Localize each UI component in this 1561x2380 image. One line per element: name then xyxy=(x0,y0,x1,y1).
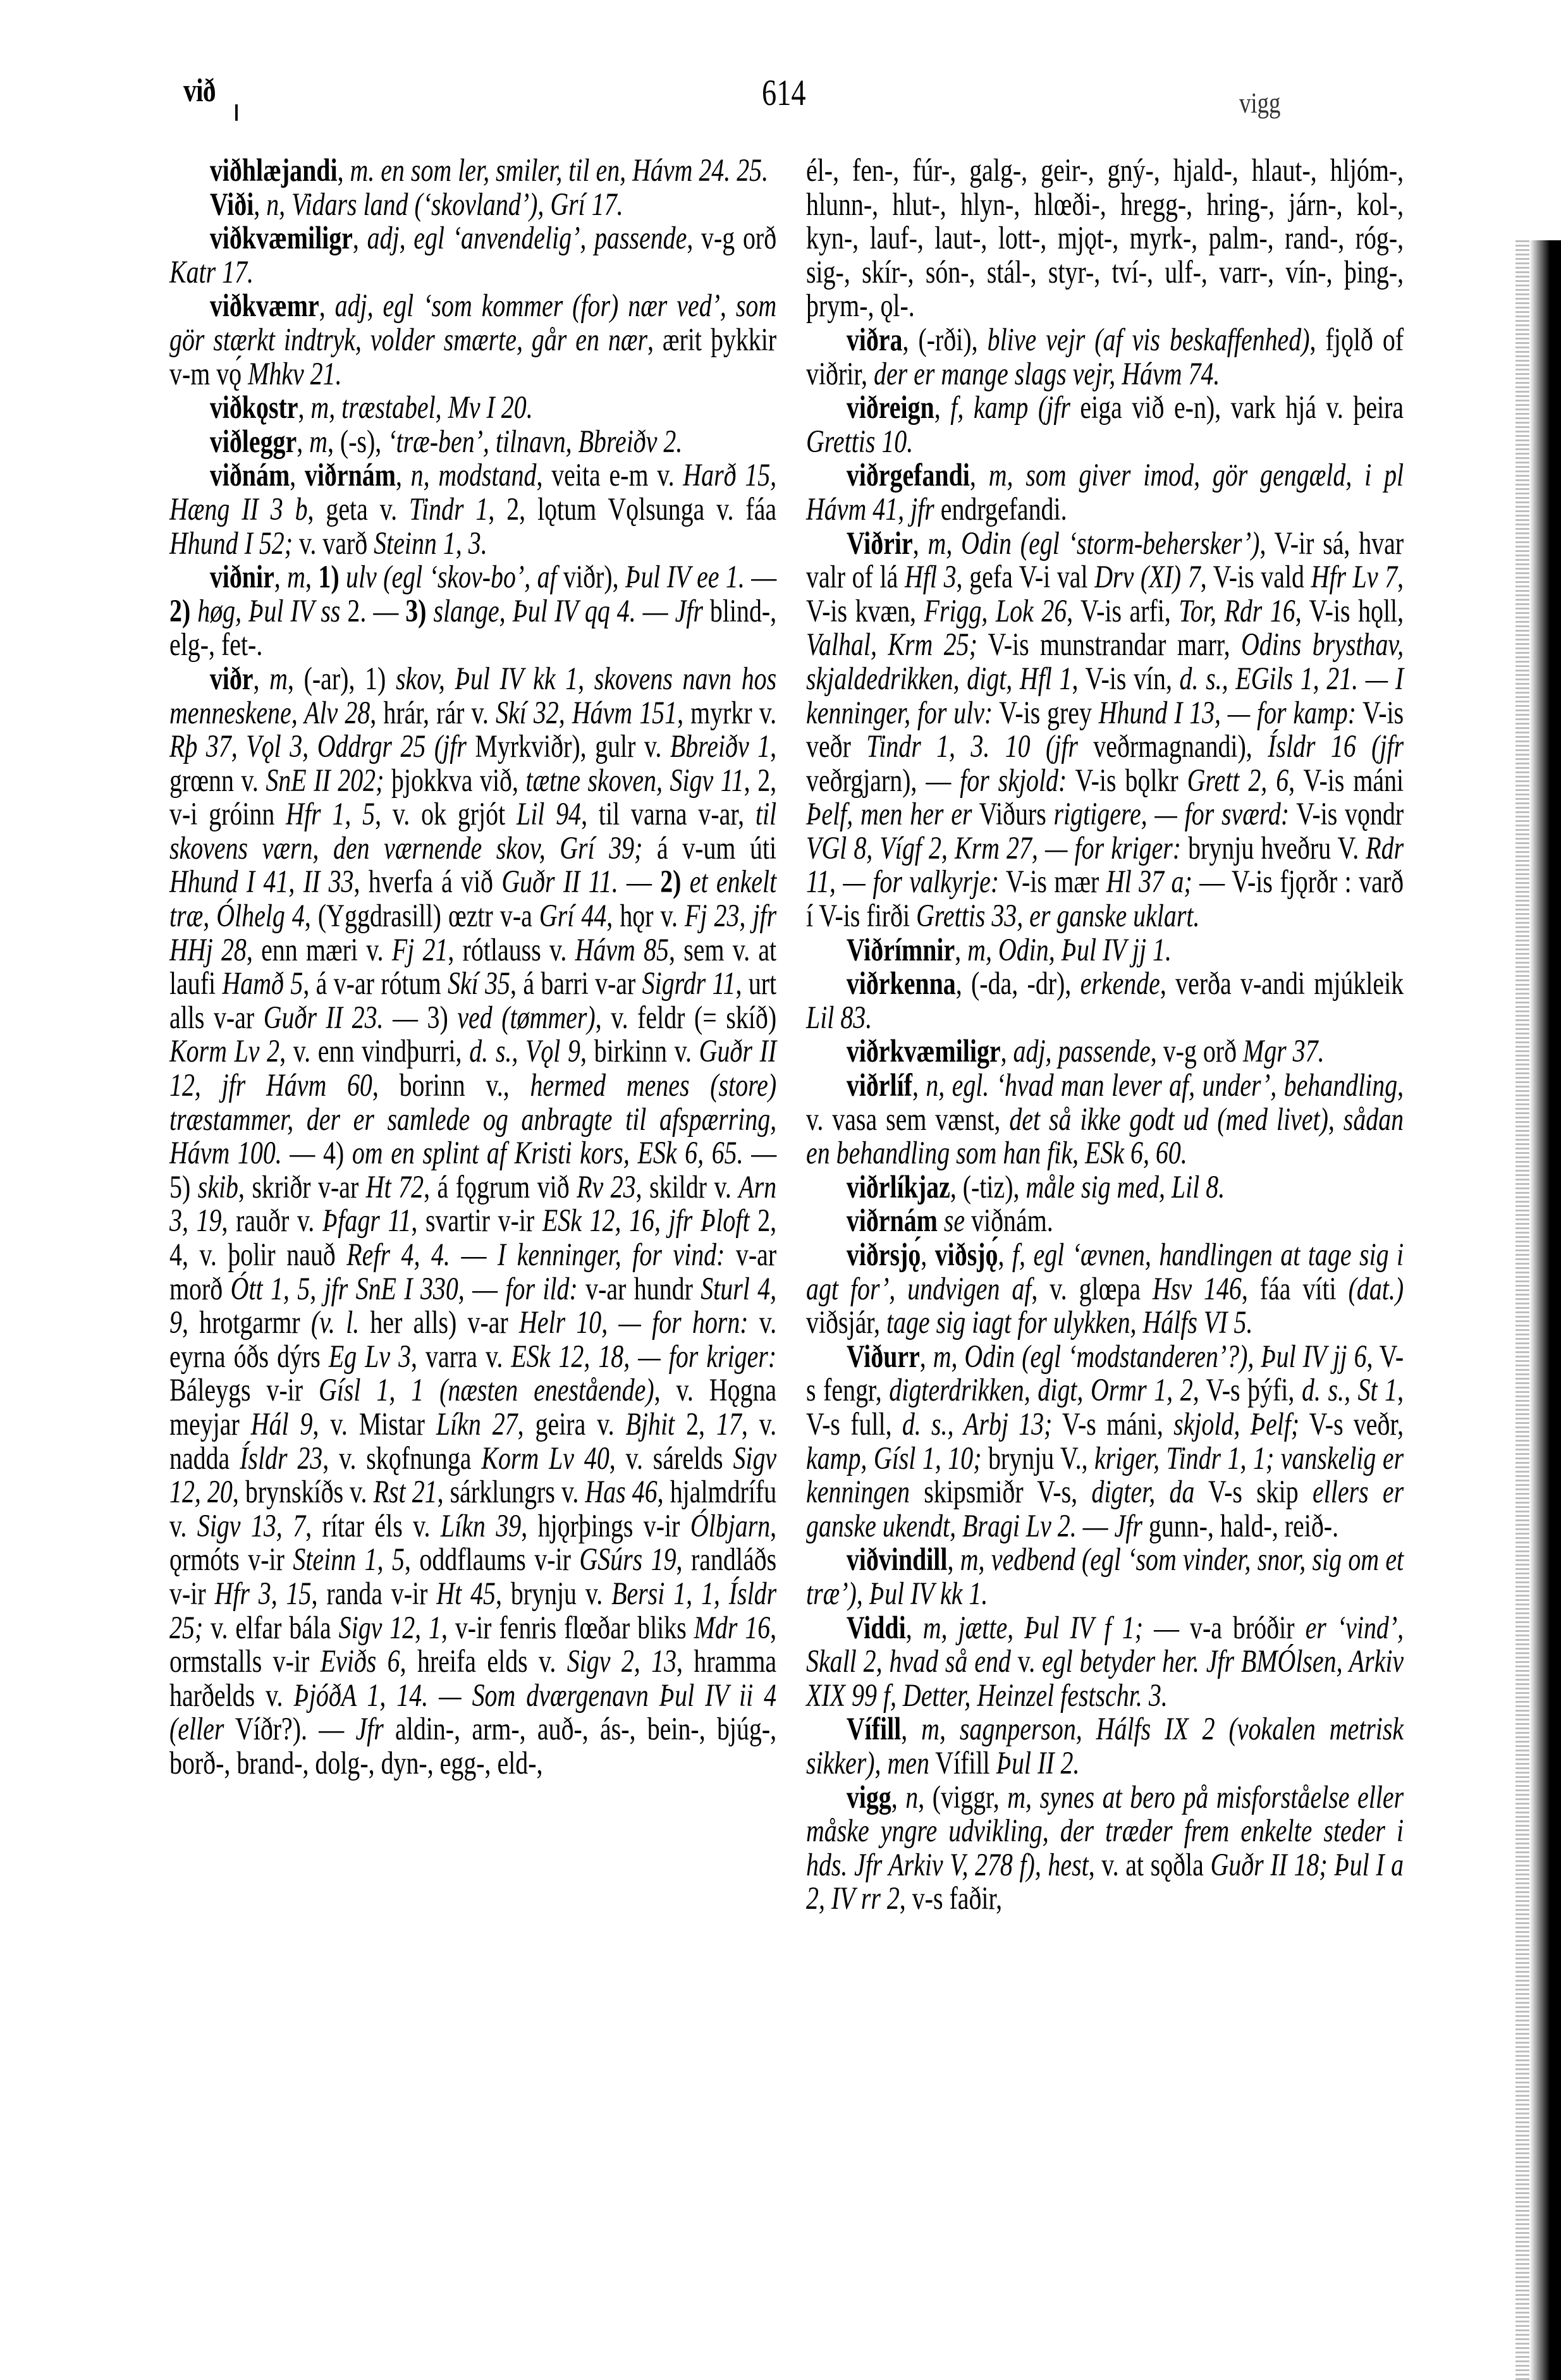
entry-text: þjokkva við, xyxy=(384,763,525,798)
gloss-italic: Gísl 1, 1 (næsten enestående) xyxy=(319,1372,654,1408)
dictionary-entry: viðrgefandi, m, som giver imod, gör geng… xyxy=(806,458,1404,526)
gloss-italic: Guðr II 11. xyxy=(501,864,618,899)
entry-text: , (-ar), 1) xyxy=(288,661,396,696)
gloss-italic: Korm Lv 40 xyxy=(481,1440,609,1476)
gloss-italic: Drv (XI) 7 xyxy=(1094,559,1200,594)
entry-text: , verða v-andi mjúkleik xyxy=(1160,966,1404,1001)
dictionary-entry: viðr, m, (-ar), 1) skov, Þul IV kk 1, sk… xyxy=(169,662,776,1781)
entry-text: V-is munstrandar marr, xyxy=(977,627,1241,662)
dictionary-entry: viðrkvæmiligr, adj, passende, v-g orð Mg… xyxy=(806,1034,1404,1069)
gloss-italic: Hl 37 a; xyxy=(1106,864,1192,899)
entry-text: — v-a bróðir xyxy=(1143,1610,1306,1645)
dictionary-entry: viðra, (-rði), blive vejr (af vis beskaf… xyxy=(806,323,1404,391)
entry-text: , geira v. xyxy=(518,1406,626,1442)
entry-text: él-, fen-, fúr-, galg-, geir-, gný-, hja… xyxy=(806,152,1404,323)
gloss-italic: Has 46 xyxy=(585,1474,657,1509)
entry-text: , xyxy=(970,457,989,493)
entry-text: , á barri v-ar xyxy=(510,966,642,1001)
gloss-italic: Rst 21 xyxy=(374,1474,438,1509)
gloss-italic: Hhund I 41, II 33 xyxy=(169,864,354,899)
entry-text: , xyxy=(998,1237,1012,1272)
gloss-italic: Mdr 16 xyxy=(694,1610,771,1645)
entry-text: , skildr v. xyxy=(636,1169,739,1205)
entry-text: , sárklungrs v. xyxy=(438,1474,585,1509)
gloss-italic: Grettis 10. xyxy=(806,424,913,459)
gloss-italic: slange, Þul IV qq 4. xyxy=(433,593,635,629)
gloss-italic: Sigv 2, 13 xyxy=(567,1643,676,1679)
headword: viðsjǫ́ xyxy=(935,1237,998,1272)
headword: viðrkenna xyxy=(847,966,956,1001)
gloss-italic: Sigv 12, 1 xyxy=(339,1610,441,1645)
gloss-italic: m xyxy=(269,661,288,696)
headword: viðnir xyxy=(210,559,274,594)
gloss-italic: Þelf, men her er xyxy=(806,796,972,831)
gloss-italic: m, træstabel, Mv I 20. xyxy=(310,390,532,425)
entry-text: , xyxy=(274,559,287,594)
headword: viðkvæmr xyxy=(210,288,319,323)
gloss-italic: Rþ 37, Vǫl 3, Oddrgr 25 (jfr xyxy=(169,728,467,764)
entry-text: , xyxy=(947,1542,960,1577)
gloss-italic: Þfagr 11 xyxy=(322,1203,411,1238)
gloss-italic: Lil 83. xyxy=(806,1000,872,1035)
entry-text: , á fǫgrum við xyxy=(424,1169,577,1205)
entry-text: , v-g orð xyxy=(687,220,776,255)
gloss-italic: m, Odin, Þul IV jj 1. xyxy=(967,932,1172,967)
entry-text: , v. at sǫðla xyxy=(1089,1847,1211,1882)
gloss-italic: d. s., Arbj 13; xyxy=(902,1406,1053,1442)
gloss-italic: Korm Lv 2 xyxy=(169,1033,279,1069)
gloss-italic: der er mange slags vejr, Hávm 74. xyxy=(874,356,1220,391)
dictionary-entry: viðrsjǫ́, viðsjǫ́, f, egl ‘ævnen, handli… xyxy=(806,1238,1404,1340)
gloss-italic: Ótt 1, 5, jfr SnE I 330, xyxy=(231,1271,465,1306)
entry-text: Myrkviðr), gulr v. xyxy=(467,728,670,764)
gloss-italic: Sigrdr 11 xyxy=(642,966,736,1001)
gloss-italic: for ild: xyxy=(505,1271,577,1306)
dictionary-entry: viðkǫstr, m, træstabel, Mv I 20. xyxy=(169,391,776,425)
entry-text: , brynju v. xyxy=(496,1576,611,1611)
entry-text: , xyxy=(920,1339,933,1374)
entry-text: , hverfa á við xyxy=(354,864,502,899)
dictionary-entry: Viðrímnir, m, Odin, Þul IV jj 1. xyxy=(806,933,1404,967)
entry-text: v-ar hundr xyxy=(578,1271,701,1306)
entry-text: , (-da, -dr), xyxy=(956,966,1080,1001)
entry-text: , v. enn vindþurri, xyxy=(279,1033,469,1069)
gloss-italic: Sigv 13, 7 xyxy=(197,1508,305,1543)
entry-text: V-s veðr, xyxy=(1299,1406,1404,1442)
entry-text: — xyxy=(745,559,776,594)
entry-text: , V-is máni xyxy=(1289,763,1404,798)
gloss-italic: Grí 44 xyxy=(539,898,606,933)
gloss-italic: Mhkv 21. xyxy=(248,356,341,391)
headword: Viðrir xyxy=(847,525,913,561)
headword: Viði xyxy=(210,187,254,222)
headword: vigg xyxy=(847,1779,891,1815)
gloss-italic: m xyxy=(287,559,305,594)
entry-text: V-is bǫlkr xyxy=(1067,763,1187,798)
entry-text: , (viggr, xyxy=(918,1779,1007,1815)
entry-text: , fáa víti xyxy=(1242,1271,1349,1306)
entry-text: viðr), xyxy=(557,559,625,594)
entry-text: , v. sárelds xyxy=(609,1440,733,1476)
entry-text: á v-um úti xyxy=(642,830,776,866)
entry-text: , xyxy=(955,932,967,967)
gloss-italic: Steinn 1, 5 xyxy=(293,1542,405,1577)
entry-text: Víðr?). — xyxy=(224,1711,355,1746)
headword: viðkvæmiligr xyxy=(210,220,353,255)
entry-text: , xyxy=(906,1610,923,1645)
gloss-italic: Hhund I 52; xyxy=(169,525,293,561)
gloss-italic: Helr 10, — for horn: xyxy=(519,1304,749,1340)
headword: viðra xyxy=(847,322,903,357)
dictionary-entry: él-, fen-, fúr-, galg-, geir-, gný-, hja… xyxy=(806,154,1404,323)
entry-text: , V-is hǫll, xyxy=(1295,593,1404,629)
gloss-italic: rigtigere, — for sværd: xyxy=(1054,796,1290,831)
gloss-italic: m, Odin (egl ‘storm-behersker’) xyxy=(928,525,1260,561)
entry-text: — xyxy=(450,1237,498,1272)
entry-text: endrgefandi. xyxy=(934,491,1067,527)
entry-text: , v. ok grjót xyxy=(375,796,517,831)
entry-text: , á v-ar rótum xyxy=(303,966,448,1001)
entry-text: , svartir v-ir xyxy=(411,1203,542,1238)
entry-text: eiga við e-n), vark hjá v. þeira xyxy=(1070,390,1404,425)
gloss-italic: Hfl 3 xyxy=(905,559,957,594)
entry-text: , xyxy=(934,390,951,425)
entry-text: , V-s þýfi, xyxy=(1193,1372,1302,1408)
headword: viðvindill xyxy=(847,1542,948,1577)
dictionary-entry: viðrlíf, n, egl. ‘hvad man lever af, und… xyxy=(806,1069,1404,1170)
entry-text: , gefa V-i val xyxy=(957,559,1095,594)
gloss-italic: Hál 9 xyxy=(251,1406,313,1442)
entry-text: , xyxy=(254,187,266,222)
entry-text: , V-is arfi, xyxy=(1067,593,1178,629)
gloss-italic: m, jætte, Þul IV f 1; xyxy=(923,1610,1143,1645)
gloss-italic: Ólbjarn xyxy=(690,1508,770,1543)
entry-text: , varra v. xyxy=(411,1339,511,1374)
entry-text: , xyxy=(901,1711,921,1746)
entry-text: , v-g orð xyxy=(1151,1033,1243,1069)
headword: Viðurr xyxy=(847,1339,920,1374)
gloss-italic: Grett 2, 6 xyxy=(1187,763,1289,798)
headword: viðleggr xyxy=(210,424,297,459)
entry-text: , xyxy=(290,457,305,493)
entry-text: 2. — xyxy=(340,593,405,629)
dictionary-entry: viðrkenna, (-da, -dr), erkende, verða v-… xyxy=(806,967,1404,1034)
gloss-italic: Þul IV ee 1. xyxy=(625,559,745,594)
gloss-italic: ‘træ-ben’, tilnavn, Bbreiðv 2. xyxy=(388,424,682,459)
entry-text: , xyxy=(921,1237,934,1272)
entry-text: brynju hveðru V. xyxy=(1181,830,1366,866)
scan-binding-shadow xyxy=(1529,240,1561,2380)
gloss-italic: om en splint af Kristi kors, ESk 6, 65. xyxy=(352,1135,744,1170)
entry-text: , xyxy=(353,220,367,255)
gloss-italic: kamp, Gísl 1, 10; xyxy=(806,1440,981,1476)
gloss-italic: tage sig iagt for ulykken, Hálfs VI 5. xyxy=(886,1304,1253,1340)
entry-text: viðsjár, xyxy=(806,1304,886,1340)
dictionary-entry: Viðrir, m, Odin (egl ‘storm-behersker’),… xyxy=(806,527,1404,933)
entry-text: veðrgjarn), — xyxy=(806,763,960,798)
gloss-italic: Grettis 33, er ganske uklart. xyxy=(916,898,1199,933)
gloss-italic: n xyxy=(905,1779,918,1815)
entry-text: , v. Mistar xyxy=(312,1406,436,1442)
entry-text: , (-s), xyxy=(328,424,388,459)
right-column-entries: él-, fen-, fúr-, galg-, geir-, gný-, hja… xyxy=(806,154,1404,1916)
headword: viðnám xyxy=(210,457,290,493)
left-guide-word: við xyxy=(183,75,216,107)
gloss-italic: adj, passende xyxy=(1013,1033,1151,1069)
gloss-italic: Hhund I 13, — for kamp: xyxy=(1099,695,1356,730)
gloss-italic: adj, egl ‘anvendelig’, passende xyxy=(367,220,687,255)
entry-text: , hrár, rár v. xyxy=(370,695,496,730)
entry-text: Viðurs xyxy=(972,796,1053,831)
dictionary-entry: viðhlæjandi, m. en som ler, smiler, til … xyxy=(169,154,776,188)
entry-text: — 3) xyxy=(384,1000,458,1035)
gloss-italic: VGl 8, Vígf 2, Krm 27, — for kriger: xyxy=(806,830,1181,866)
entry-text: her alls) v-ar xyxy=(359,1304,519,1340)
entry-text: v. varð xyxy=(293,525,374,561)
right-guide-word: vigg xyxy=(1239,89,1280,118)
gloss-italic: Líkn 39 xyxy=(441,1508,521,1543)
gloss-italic: Bjhit xyxy=(626,1406,675,1442)
entry-text: , xyxy=(338,152,350,188)
entry-text: V-is grey xyxy=(993,695,1099,730)
gloss-italic: d. s., Vǫl 9 xyxy=(469,1033,580,1069)
gloss-italic: Hamð 5 xyxy=(222,966,303,1001)
gloss-italic: ulv (egl ‘skov-bo’, af xyxy=(346,559,557,594)
entry-text: , (Yggdrasill) œztr v-a xyxy=(305,898,539,933)
entry-text: V-is vǫndr xyxy=(1289,796,1404,831)
entry-text: , veita e-m v. xyxy=(536,457,683,493)
entry-text: , xyxy=(319,288,335,323)
gloss-italic: skjold, Þelf; xyxy=(1173,1406,1299,1442)
gloss-italic: Bbreiðv 1 xyxy=(670,728,770,764)
entry-text: , oddflaums v-ir xyxy=(405,1542,579,1577)
gloss-italic: Jfr xyxy=(355,1711,383,1746)
gloss-italic: Hfr 3, 15 xyxy=(214,1576,311,1611)
entry-text: , rítar éls v. xyxy=(305,1508,441,1543)
headword: viðrnám xyxy=(305,457,396,493)
gloss-italic: ESk 12, 18, — for kriger: xyxy=(511,1339,776,1374)
entry-text: , v-ir fenris flœðar bliks xyxy=(441,1610,694,1645)
entry-text: , V-is vald xyxy=(1201,559,1311,594)
entry-text: skipsmiðr V-s, xyxy=(910,1474,1091,1509)
entry-text: V-s skip xyxy=(1194,1474,1313,1509)
gloss-italic: Ht 45 xyxy=(436,1576,496,1611)
gloss-italic: Ísldr 16 (jfr xyxy=(1268,728,1404,764)
gloss-italic: blive vejr (af vis beskaffenhed) xyxy=(988,322,1310,357)
headword: Viðrímnir xyxy=(847,932,955,967)
entry-text xyxy=(681,864,689,899)
entry-text: , xyxy=(396,457,411,493)
entry-text: , xyxy=(1001,1033,1013,1069)
gloss-italic: n, egl. ‘hvad man lever af, under’, beha… xyxy=(926,1067,1397,1103)
left-column: viðhlæjandi, m. en som ler, smiler, til … xyxy=(169,154,776,1781)
gloss-italic: d. s., St 1 xyxy=(1302,1372,1397,1408)
gloss-italic: Fj 21 xyxy=(392,932,448,967)
entry-text: , geta v. xyxy=(308,491,409,527)
headword: 1) xyxy=(318,559,339,594)
entry-text: , rótlauss v. xyxy=(448,932,575,967)
headword: viðrlíf xyxy=(847,1067,912,1103)
entry-text: v. elfar bála xyxy=(203,1610,338,1645)
headword: viðreign xyxy=(847,390,934,425)
headword: viðrsjǫ́ xyxy=(847,1237,921,1272)
entry-text: , v. glœpa xyxy=(1031,1271,1153,1306)
gloss-italic: Steinn 1, 3. xyxy=(374,525,487,561)
gloss-italic: Tor, Rdr 16 xyxy=(1178,593,1295,629)
gloss-italic: digter, da xyxy=(1091,1474,1194,1509)
gloss-italic: m xyxy=(309,424,328,459)
dictionary-page: við 614 vigg viðhlæjandi, m. en som ler,… xyxy=(0,0,1561,2380)
gloss-italic: Lil 94 xyxy=(517,796,581,831)
gloss-italic: Hfr 1, 5 xyxy=(286,796,375,831)
entry-text: , xyxy=(891,1779,906,1815)
dictionary-entry: viðnir, m, 1) ulv (egl ‘skov-bo’, af við… xyxy=(169,560,776,662)
gloss-italic: Jfr xyxy=(1115,1508,1142,1543)
entry-text: , skriðr v-ar xyxy=(238,1169,366,1205)
entry-text: , xyxy=(298,390,310,425)
dictionary-entry: viðvindill, m, vedbend (egl ‘som vinder,… xyxy=(806,1543,1404,1610)
gloss-italic: Frigg, Lok 26 xyxy=(924,593,1067,629)
gloss-italic: Refr 4, 4. xyxy=(346,1237,450,1272)
entry-text: , v-s faðir, xyxy=(900,1880,1002,1916)
page-number: 614 xyxy=(762,75,806,111)
headword: 3) xyxy=(405,593,426,629)
entry-text: , hǫr v. xyxy=(606,898,685,933)
gloss-italic: Jfr xyxy=(675,593,703,629)
headword: Viddi xyxy=(847,1610,906,1645)
entry-text: , xyxy=(254,661,270,696)
dictionary-entry: vigg, n, (viggr, m, synes at bero på mis… xyxy=(806,1781,1404,1916)
entry-text: , hrotgarmr xyxy=(182,1304,311,1340)
dictionary-entry: viðrnám se viðnám. xyxy=(806,1204,1404,1238)
entry-text: , birkinn v. xyxy=(580,1033,699,1069)
headword: 2) xyxy=(660,864,681,899)
gloss-italic: ESk 12, 16, jfr Þloft xyxy=(542,1203,750,1238)
gloss-italic: erkende xyxy=(1080,966,1160,1001)
entry-text: , hreifa elds v. xyxy=(400,1643,567,1679)
entry-text: , v. skǫfnunga xyxy=(322,1440,481,1476)
gloss-italic: se xyxy=(944,1203,965,1238)
entry-text: Vífill xyxy=(929,1745,996,1781)
gloss-italic: Þul II 2. xyxy=(996,1745,1080,1781)
dictionary-entry: viðrlíkjaz, (-tiz), måle sig med, Lil 8. xyxy=(806,1170,1404,1205)
entry-text: , brynskíðs v. xyxy=(233,1474,374,1509)
entry-text xyxy=(426,593,433,629)
entry-text: V-is mær xyxy=(999,864,1106,899)
gloss-italic: Líkn 27 xyxy=(436,1406,518,1442)
gloss-italic: GSúrs 19 xyxy=(579,1542,676,1577)
headword: viðrlíkjaz xyxy=(847,1169,950,1205)
entry-text: viðnám. xyxy=(965,1203,1053,1238)
gloss-italic: Rv 23 xyxy=(577,1169,635,1205)
dictionary-entry: viðnám, viðrnám, n, modstand, veita e-m … xyxy=(169,458,776,560)
entry-text: , (-rði), xyxy=(902,322,987,357)
dictionary-entry: viðreign, f, kamp (jfr eiga við e-n), va… xyxy=(806,391,1404,458)
entry-text: 2, xyxy=(675,1406,716,1442)
headword: Vífill xyxy=(847,1711,901,1746)
gloss-italic: Skí 35 xyxy=(448,966,510,1001)
entry-text: Báleygs v-ir xyxy=(169,1372,319,1408)
gloss-italic: Mgr 37. xyxy=(1243,1033,1325,1069)
gloss-italic: SnE II 202; xyxy=(266,763,384,798)
headword: viðr xyxy=(210,661,254,696)
entry-text: , 2, lǫtum Vǫlsunga v. fáa xyxy=(488,491,776,527)
dictionary-entry: Viði, n, Vidars land (‘skovland’), Grí 1… xyxy=(169,188,776,222)
gloss-italic: måle sig med, Lil 8. xyxy=(1025,1169,1225,1205)
gloss-italic: Valhal, Krm 25; xyxy=(806,627,977,662)
headword: viðrgefandi xyxy=(847,457,970,493)
entry-text: , v. feldr (= skíð) xyxy=(596,1000,776,1035)
dictionary-entry: viðkvæmiligr, adj, egl ‘anvendelig’, pas… xyxy=(169,221,776,289)
gloss-italic: m. en som ler, smiler, til en, Hávm 24. … xyxy=(350,152,769,188)
entry-text: , V-is vín, xyxy=(1072,661,1179,696)
gloss-italic: Hfr Lv 7 xyxy=(1311,559,1398,594)
gloss-italic: Skí 32, Hávm 151 xyxy=(496,695,677,730)
gloss-italic: Katr 17. xyxy=(169,254,254,290)
gloss-italic: n, Vidars land (‘skovland’), Grí 17. xyxy=(266,187,623,222)
entry-text: — 4) xyxy=(282,1135,352,1170)
gloss-italic: skib xyxy=(198,1169,238,1205)
entry-text: , borinn v., xyxy=(372,1067,530,1103)
gloss-italic: Tindr 1 xyxy=(409,491,488,527)
entry-text: — xyxy=(465,1271,506,1306)
left-column-entries: viðhlæjandi, m. en som ler, smiler, til … xyxy=(169,154,776,1781)
gloss-italic: Eg Lv 3 xyxy=(329,1339,411,1374)
gloss-italic: (dat.) xyxy=(1349,1271,1404,1306)
print-speck xyxy=(235,104,238,121)
entry-text: v. xyxy=(1011,1643,1042,1679)
gloss-italic: 17 xyxy=(716,1406,742,1442)
gloss-italic: Hávm 85 xyxy=(575,932,669,967)
entry-text xyxy=(340,559,346,594)
gloss-italic: n, modstand xyxy=(411,457,537,493)
entry-text: brynju V., xyxy=(981,1440,1094,1476)
entry-text: , rauðr v. xyxy=(221,1203,322,1238)
gloss-italic: Guðr II 23. xyxy=(264,1000,384,1035)
headword: viðkǫstr xyxy=(210,390,298,425)
entry-text: , til varna v-ar, xyxy=(581,796,756,831)
entry-text: , myrkr v. xyxy=(677,695,776,730)
entry-text xyxy=(938,1203,944,1238)
gloss-italic: Tindr 1, 3. 10 (jfr xyxy=(866,728,1078,764)
entry-text xyxy=(190,593,197,629)
headword: viðhlæjandi xyxy=(210,152,338,188)
dictionary-entry: viðleggr, m, (-s), ‘træ-ben’, tilnavn, B… xyxy=(169,425,776,459)
entry-text: , hjǫrþings v-ir xyxy=(521,1508,690,1543)
gloss-italic: m, Odin (egl ‘modstanderen’?), Þul IV jj… xyxy=(933,1339,1367,1374)
entry-text: , xyxy=(913,525,928,561)
headword: 2) xyxy=(169,593,190,629)
headword: viðrnám xyxy=(847,1203,938,1238)
gloss-italic: Eviðs 6 xyxy=(321,1643,400,1679)
right-column: él-, fen-, fúr-, galg-, geir-, gný-, hja… xyxy=(806,154,1404,1916)
entry-text: — xyxy=(636,593,675,629)
entry-text: — xyxy=(618,864,661,899)
entry-text: , xyxy=(297,424,309,459)
gloss-italic: for skjold: xyxy=(960,763,1067,798)
dictionary-entry: Viðurr, m, Odin (egl ‘modstanderen’?), Þ… xyxy=(806,1340,1404,1543)
entry-text: , xyxy=(912,1067,926,1103)
gloss-italic: Ísldr 23 xyxy=(240,1440,322,1476)
dictionary-entry: Vífill, m, sagnperson, Hálfs IX 2 (vokal… xyxy=(806,1712,1404,1780)
gloss-italic: I kenninger, for vind: xyxy=(498,1237,725,1272)
entry-text: , randa v-ir xyxy=(311,1576,436,1611)
dictionary-entry: Viddi, m, jætte, Þul IV f 1; — v-a bróði… xyxy=(806,1611,1404,1713)
gloss-italic: digterdrikken, digt, Ormr 1, 2 xyxy=(889,1372,1192,1408)
headword: viðrkvæmiligr xyxy=(847,1033,1001,1069)
entry-text: , (-tiz), xyxy=(950,1169,1026,1205)
entry-text: V-s máni, xyxy=(1052,1406,1173,1442)
